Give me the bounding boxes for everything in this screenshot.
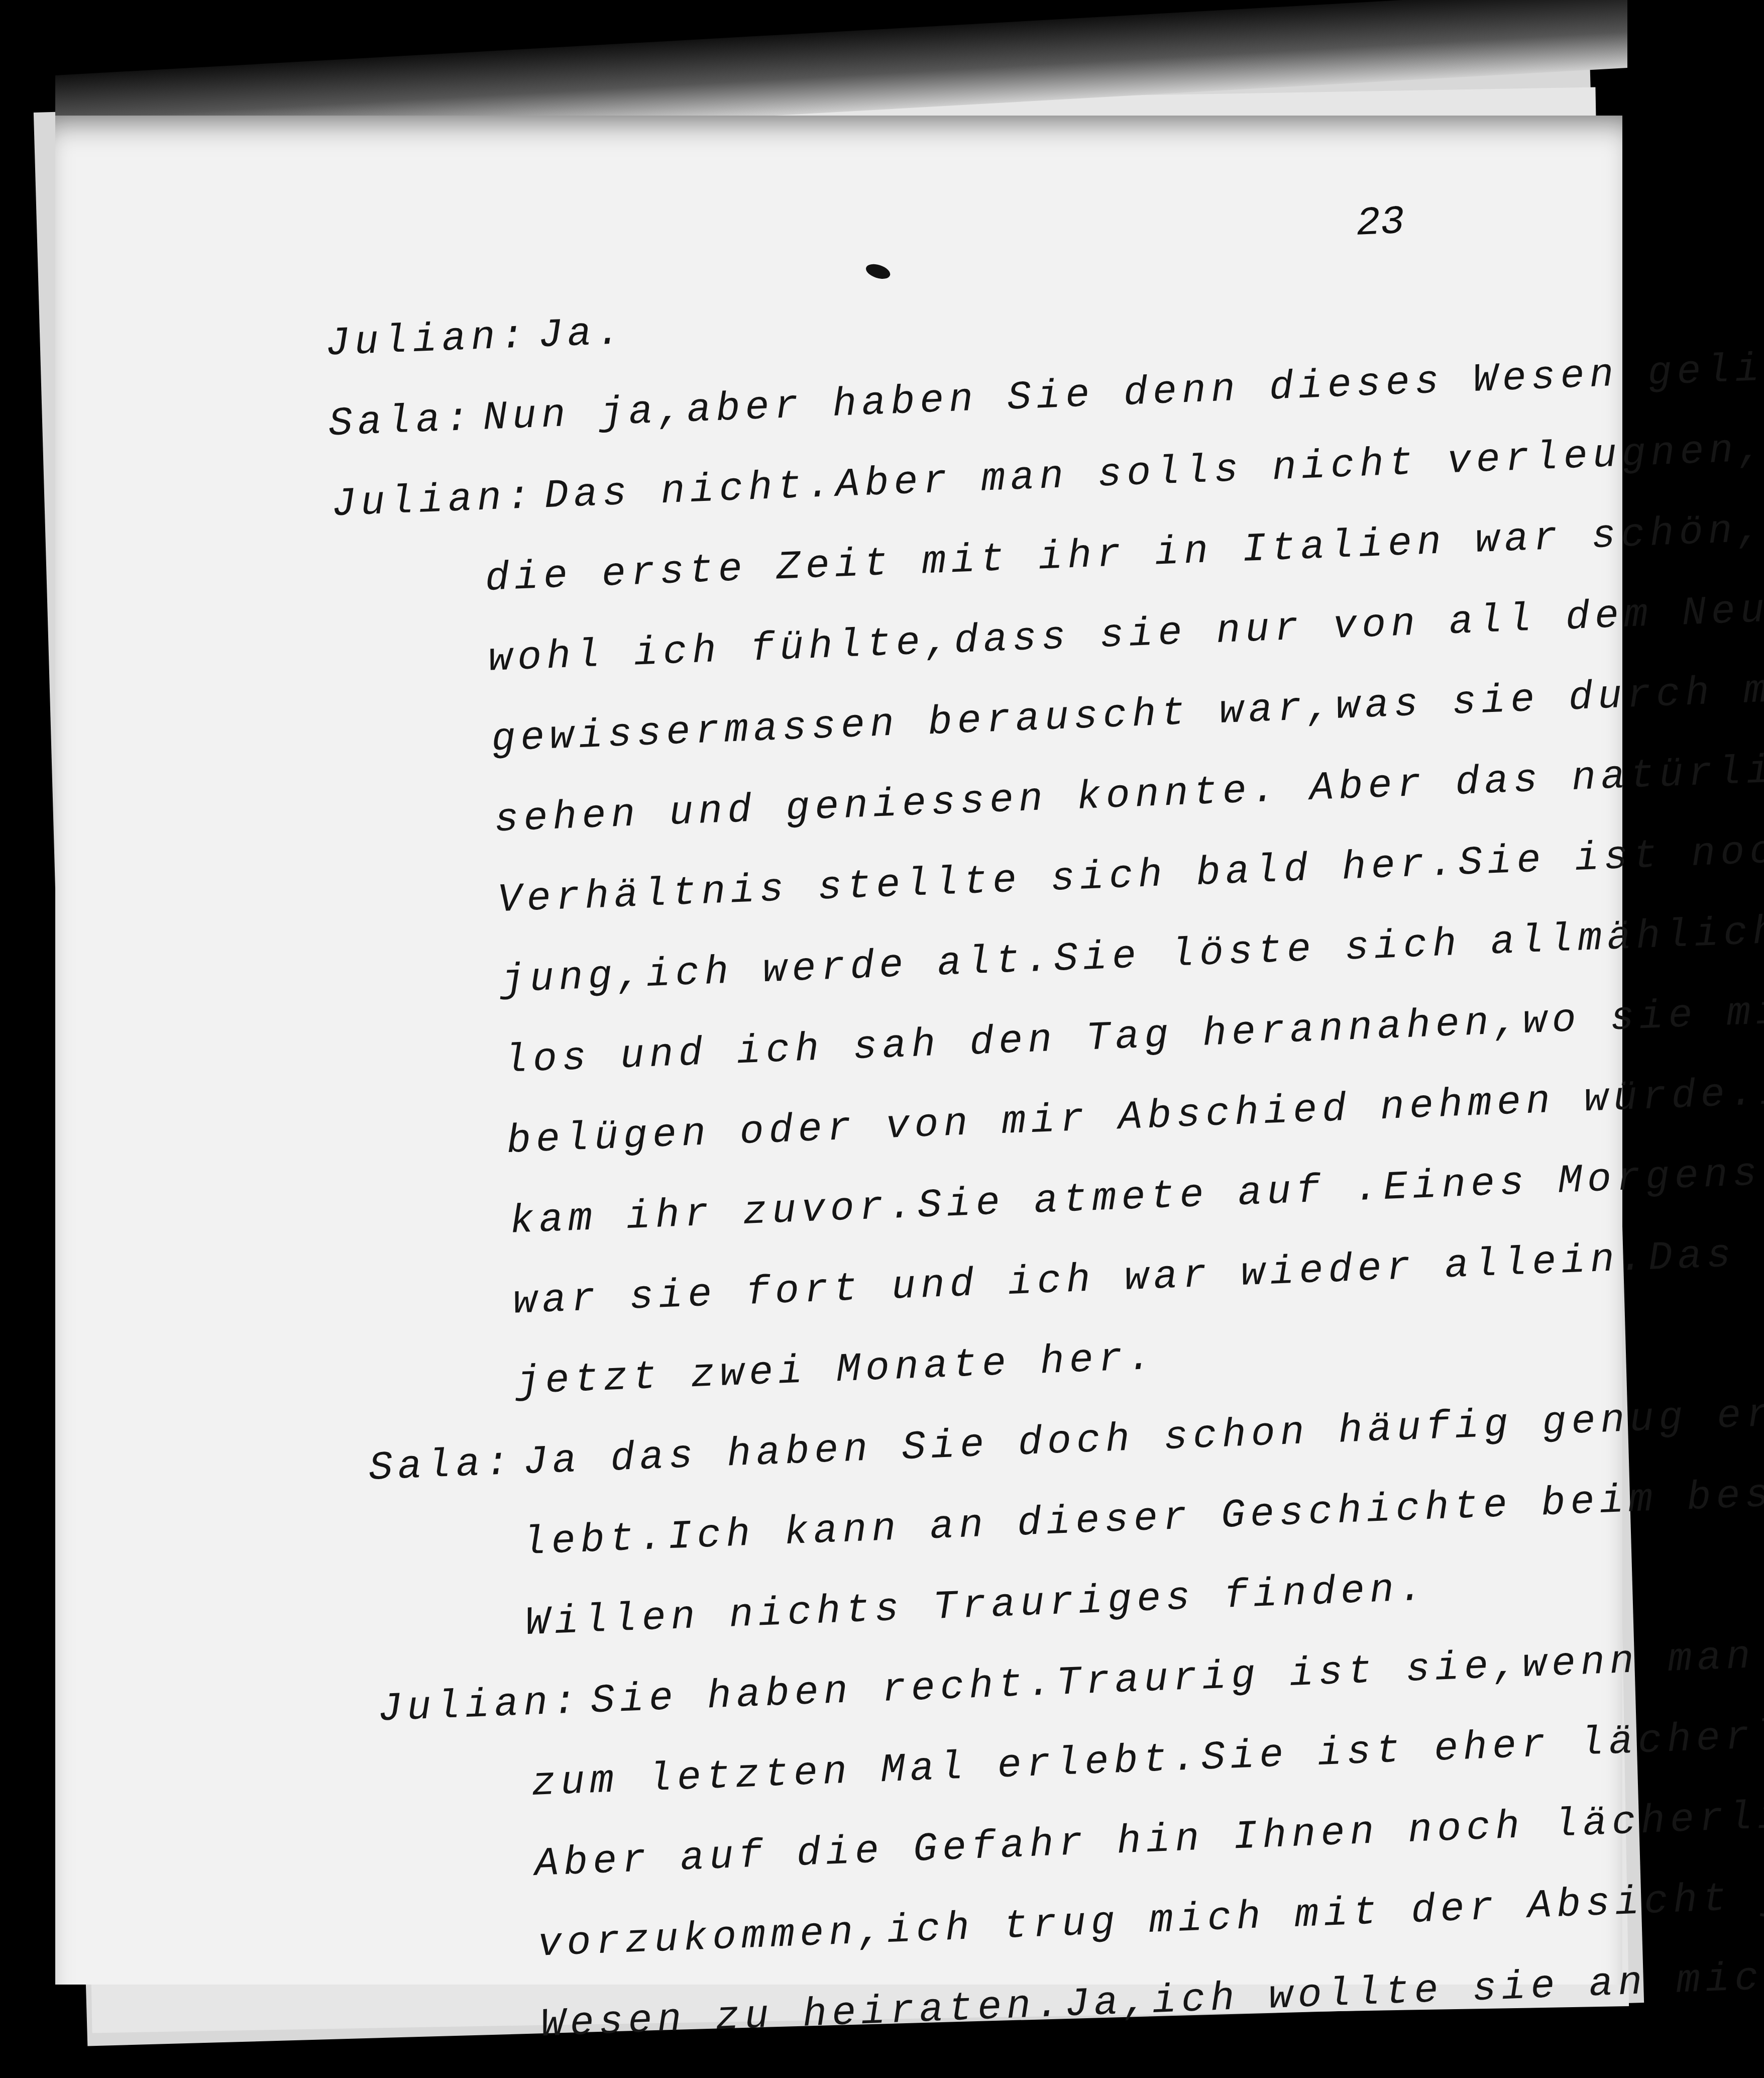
line-text: Ja das haben Sie doch schon häufig genug… — [522, 1391, 1764, 1486]
text-line: Julian:Das nicht.Aber man solls nicht ve… — [330, 427, 1764, 528]
speaker-label: Julian: — [377, 1679, 583, 1733]
line-text: Nun ja,aber haben Sie denn dieses Wesen … — [482, 342, 1764, 442]
line-text: lebt.Ich kann an dieser Geschichte beim … — [521, 1469, 1764, 1566]
text-line: los und ich sah den Tag herannahen,wo si… — [503, 987, 1764, 1084]
line-text: los und ich sah den Tag herannahen,wo si… — [503, 987, 1764, 1084]
page-content: 23 Julian:Ja. Sala:Nun ja,aber haben Sie… — [55, 55, 1693, 1983]
line-text: jetzt zwei Monate her. — [515, 1335, 1158, 1406]
line-text: kam ihr zuvor.Sie atmete auf .Eines Morg… — [509, 1151, 1762, 1245]
line-text: Das nicht.Aber man solls nicht verleugne… — [543, 427, 1764, 519]
text-line: vorzukommen,ich trug mich mit der Absich… — [537, 1869, 1764, 1968]
line-text: zum letzten Mal erlebt.Sie ist eher läch… — [530, 1709, 1764, 1807]
line-text: Willen nichts Trauriges finden. — [524, 1566, 1428, 1646]
text-line: belügen oder von mir Abschied nehmen wür… — [506, 1068, 1764, 1165]
text-line: Willen nichts Trauriges finden. — [524, 1566, 1428, 1646]
text-line: gewissermassen berauscht war,was sie dur… — [491, 665, 1764, 763]
text-line: war sie fort und ich war wieder allein.D… — [512, 1228, 1764, 1325]
text-line: kam ihr zuvor.Sie atmete auf .Eines Morg… — [509, 1151, 1762, 1245]
text-line: zum letzten Mal erlebt.Sie ist eher läch… — [530, 1709, 1764, 1807]
page-number: 23 — [1355, 199, 1405, 247]
text-line: Verhältnis stellte sich bald her.Sie ist… — [497, 827, 1764, 923]
text-line: jetzt zwei Monate her. — [515, 1335, 1158, 1406]
typewritten-page: 23 Julian:Ja. Sala:Nun ja,aber haben Sie… — [55, 116, 1622, 1985]
speaker-label: Julian: — [324, 314, 530, 367]
line-text: die erste Zeit mit ihr in Italien war sc… — [484, 504, 1764, 602]
speaker-label: Sala: — [368, 1440, 515, 1492]
speaker-label: Sala: — [327, 396, 475, 447]
text-line: wohl ich fühlte,dass sie nur von all dem… — [487, 585, 1764, 682]
ink-mark — [864, 261, 892, 281]
line-text: gewissermassen berauscht war,was sie dur… — [491, 665, 1764, 763]
text-line: Aber auf die Gefahr hin Ihnen noch läche… — [534, 1789, 1764, 1888]
line-text: Sie haben recht.Traurig ist sie,wenn man… — [590, 1629, 1764, 1724]
text-line: jung,ich werde alt.Sie löste sich allmäh… — [500, 909, 1764, 1004]
text-line: Julian:Sie haben recht.Traurig ist sie,w… — [377, 1629, 1764, 1732]
text-line: lebt.Ich kann an dieser Geschichte beim … — [521, 1469, 1764, 1566]
text-line: Wesen zu heiraten.Ja,ich wollte sie an m… — [540, 1954, 1764, 2048]
line-text: belügen oder von mir Abschied nehmen wür… — [506, 1068, 1764, 1165]
line-text: Aber auf die Gefahr hin Ihnen noch läche… — [534, 1789, 1764, 1888]
line-text: wohl ich fühlte,dass sie nur von all dem… — [487, 585, 1764, 682]
text-line: sehen und geniessen konnte. Aber das nat… — [494, 745, 1764, 844]
line-text: vorzukommen,ich trug mich mit der Absich… — [537, 1869, 1764, 1968]
line-text: war sie fort und ich war wieder allein.D… — [512, 1228, 1764, 1325]
speaker-label: Julian: — [330, 474, 536, 528]
text-line: Julian:Ja. — [324, 310, 626, 367]
line-text: sehen und geniessen konnte. Aber das nat… — [494, 745, 1764, 844]
text-line: Sala:Ja das haben Sie doch schon häufig … — [368, 1391, 1764, 1492]
line-text: jung,ich werde alt.Sie löste sich allmäh… — [500, 909, 1764, 1004]
line-text: Ja. — [537, 310, 626, 359]
text-line: die erste Zeit mit ihr in Italien war sc… — [484, 504, 1764, 602]
line-text: Verhältnis stellte sich bald her.Sie ist… — [497, 827, 1764, 923]
line-text: Wesen zu heiraten.Ja,ich wollte sie an m… — [540, 1954, 1764, 2048]
